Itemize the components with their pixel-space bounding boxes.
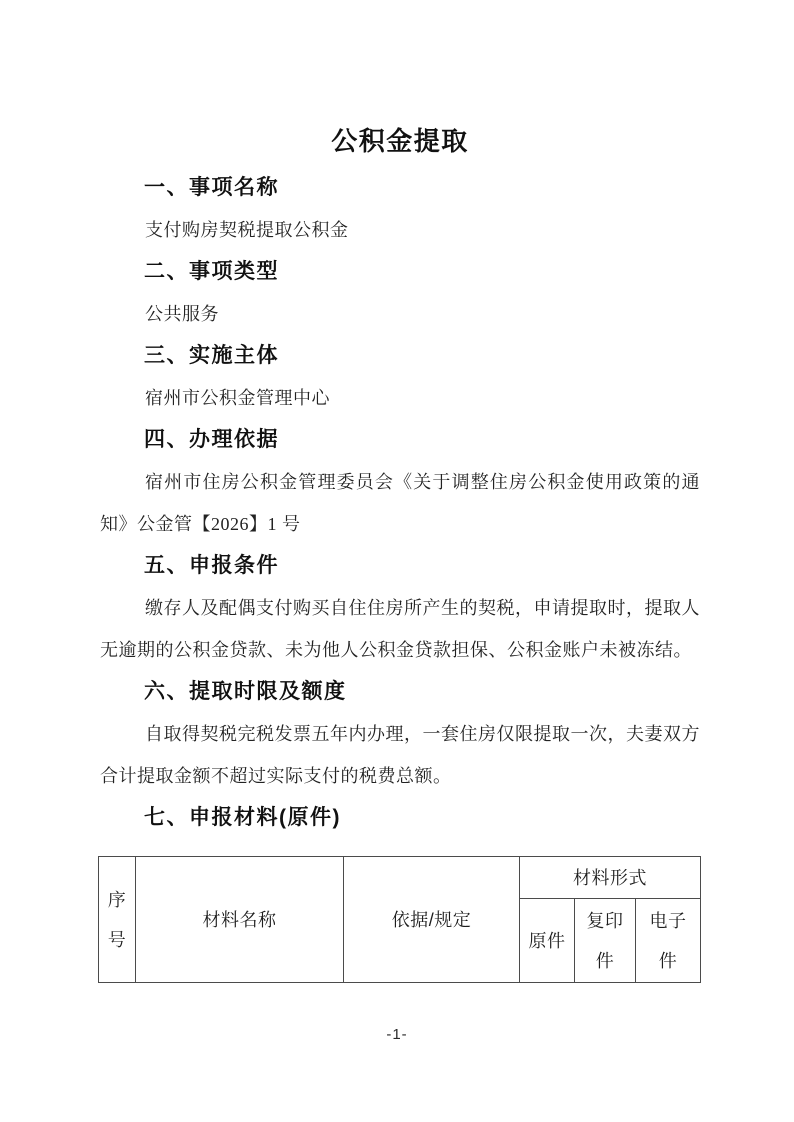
materials-table: 序 号 材料名称 依据/规定 材料形式 原件 复印 件 电子 件 [98, 856, 701, 983]
body-line: 支付购房契税提取公积金 [100, 209, 700, 251]
page-number: -1- [0, 1026, 794, 1043]
body-line: 宿州市公积金管理中心 [100, 377, 700, 419]
body-line: 无逾期的公积金贷款、未为他人公积金贷款担保、公积金账户未被冻结。 [100, 629, 700, 671]
document-page: 公积金提取 一、事项名称 支付购房契税提取公积金 二、事项类型 公共服务 三、实… [0, 0, 794, 1122]
section-heading-application-materials: 七、申报材料(原件) [100, 797, 700, 839]
section-heading-item-type: 二、事项类型 [100, 251, 700, 293]
body-line: 缴存人及配偶支付购买自住住房所产生的契税，申请提取时，提取人 [100, 587, 700, 629]
table-header-basis: 依据/规定 [344, 857, 520, 983]
section-heading-application-conditions: 五、申报条件 [100, 545, 700, 587]
table-header-original: 原件 [520, 899, 575, 983]
table-header-material-name: 材料名称 [136, 857, 344, 983]
table-header-copy: 复印 件 [575, 899, 636, 983]
section-heading-handling-basis: 四、办理依据 [100, 419, 700, 461]
table-header-electronic: 电子 件 [636, 899, 701, 983]
table-header-material-form: 材料形式 [520, 857, 701, 899]
body-line: 自取得契税完税发票五年内办理，一套住房仅限提取一次，夫妻双方 [100, 713, 700, 755]
table-header-seq: 序 号 [99, 857, 136, 983]
section-heading-item-name: 一、事项名称 [100, 167, 700, 209]
section-heading-time-limit-quota: 六、提取时限及额度 [100, 671, 700, 713]
body-line: 知》公金管【2026】1 号 [100, 503, 700, 545]
body-line: 合计提取金额不超过实际支付的税费总额。 [100, 755, 700, 797]
body-line: 宿州市住房公积金管理委员会《关于调整住房公积金使用政策的通 [100, 461, 700, 503]
page-title: 公积金提取 [100, 122, 700, 167]
document-body: 公积金提取 一、事项名称 支付购房契税提取公积金 二、事项类型 公共服务 三、实… [100, 122, 700, 839]
body-line: 公共服务 [100, 293, 700, 335]
section-heading-implementing-body: 三、实施主体 [100, 335, 700, 377]
